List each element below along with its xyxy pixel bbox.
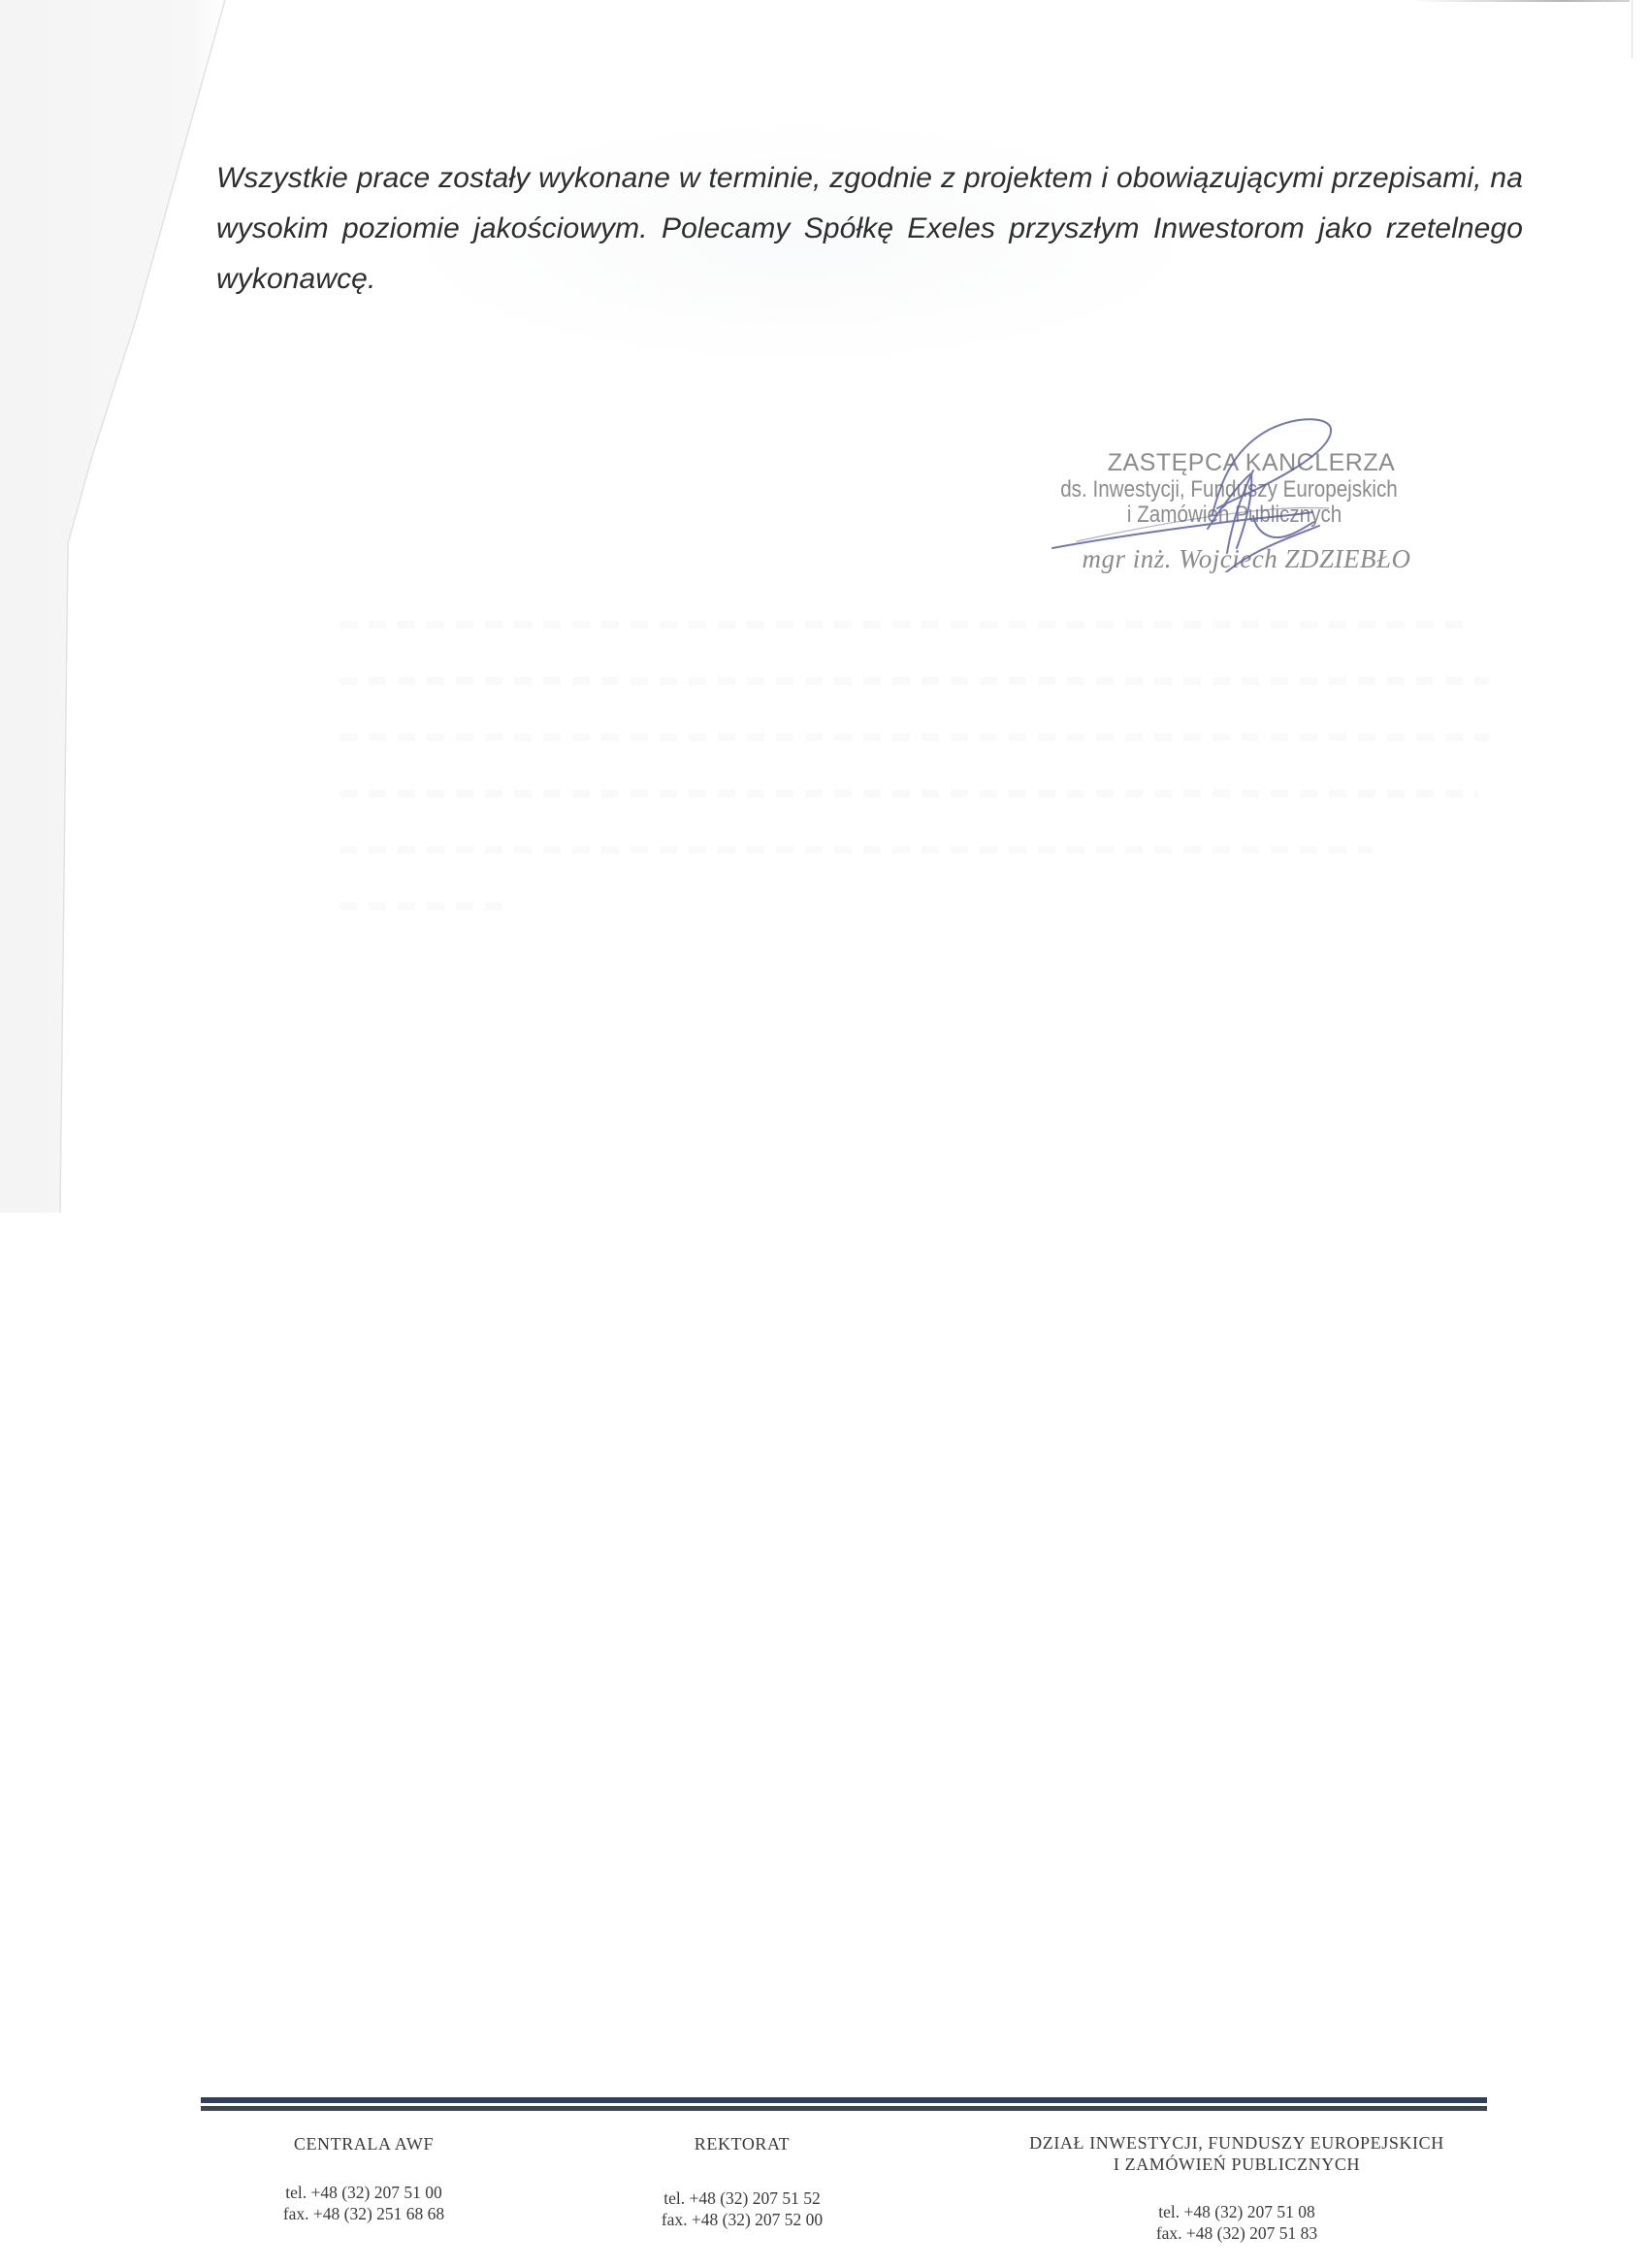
footer-fax: fax. +48 (32) 207 52 00 <box>601 2209 883 2230</box>
footer-column-title-line-2: I ZAMÓWIEŃ PUBLICZNYCH <box>965 2154 1508 2175</box>
bleed-line <box>339 677 1490 685</box>
bleed-line <box>339 790 1478 797</box>
stamp-department-line-1: ds. Inwestycji, Funduszy Europejskich <box>1051 477 1406 502</box>
footer-column-rektorat: REKTORAT tel. +48 (32) 207 51 52 fax. +4… <box>601 2133 883 2230</box>
stamp-department-line-2: i Zamówień Publicznych <box>1056 502 1406 528</box>
page-fold-shadow <box>0 0 252 1213</box>
signatory-name: mgr inż. Wojciech ZDZIEBŁO <box>1028 543 1436 574</box>
bleed-line <box>339 902 503 910</box>
footer-fax: fax. +48 (32) 251 68 68 <box>223 2203 504 2224</box>
stamp-title: ZASTĘPCA KANCLERZA <box>1028 448 1436 477</box>
bleed-through-text <box>339 621 1513 958</box>
bleed-line <box>339 733 1490 741</box>
footer-column-centrala: CENTRALA AWF tel. +48 (32) 207 51 00 fax… <box>223 2133 504 2224</box>
footer-column-title: CENTRALA AWF <box>223 2133 504 2155</box>
footer-tel: tel. +48 (32) 207 51 52 <box>601 2187 883 2209</box>
signature-stamp: ZASTĘPCA KANCLERZA ds. Inwestycji, Fundu… <box>1028 448 1436 574</box>
letter-body-paragraph: Wszystkie prace zostały wykonane w termi… <box>216 153 1523 305</box>
footer-column-title-line-1: DZIAŁ INWESTYCJI, FUNDUSZY EUROPEJSKICH <box>965 2132 1508 2154</box>
footer-column-dzial-inwestycji: DZIAŁ INWESTYCJI, FUNDUSZY EUROPEJSKICH … <box>965 2132 1508 2244</box>
footer-fax: fax. +48 (32) 207 51 83 <box>965 2222 1508 2244</box>
footer-tel: tel. +48 (32) 207 51 08 <box>965 2201 1508 2222</box>
bleed-line <box>339 846 1373 854</box>
footer-tel: tel. +48 (32) 207 51 00 <box>223 2182 504 2203</box>
scan-top-edge <box>1411 0 1630 2</box>
footer-divider <box>201 2097 1487 2111</box>
scan-right-edge <box>1632 0 1633 58</box>
bleed-line <box>339 621 1467 629</box>
footer-column-title: REKTORAT <box>601 2133 883 2155</box>
footer-rule-thin <box>201 2106 1487 2111</box>
